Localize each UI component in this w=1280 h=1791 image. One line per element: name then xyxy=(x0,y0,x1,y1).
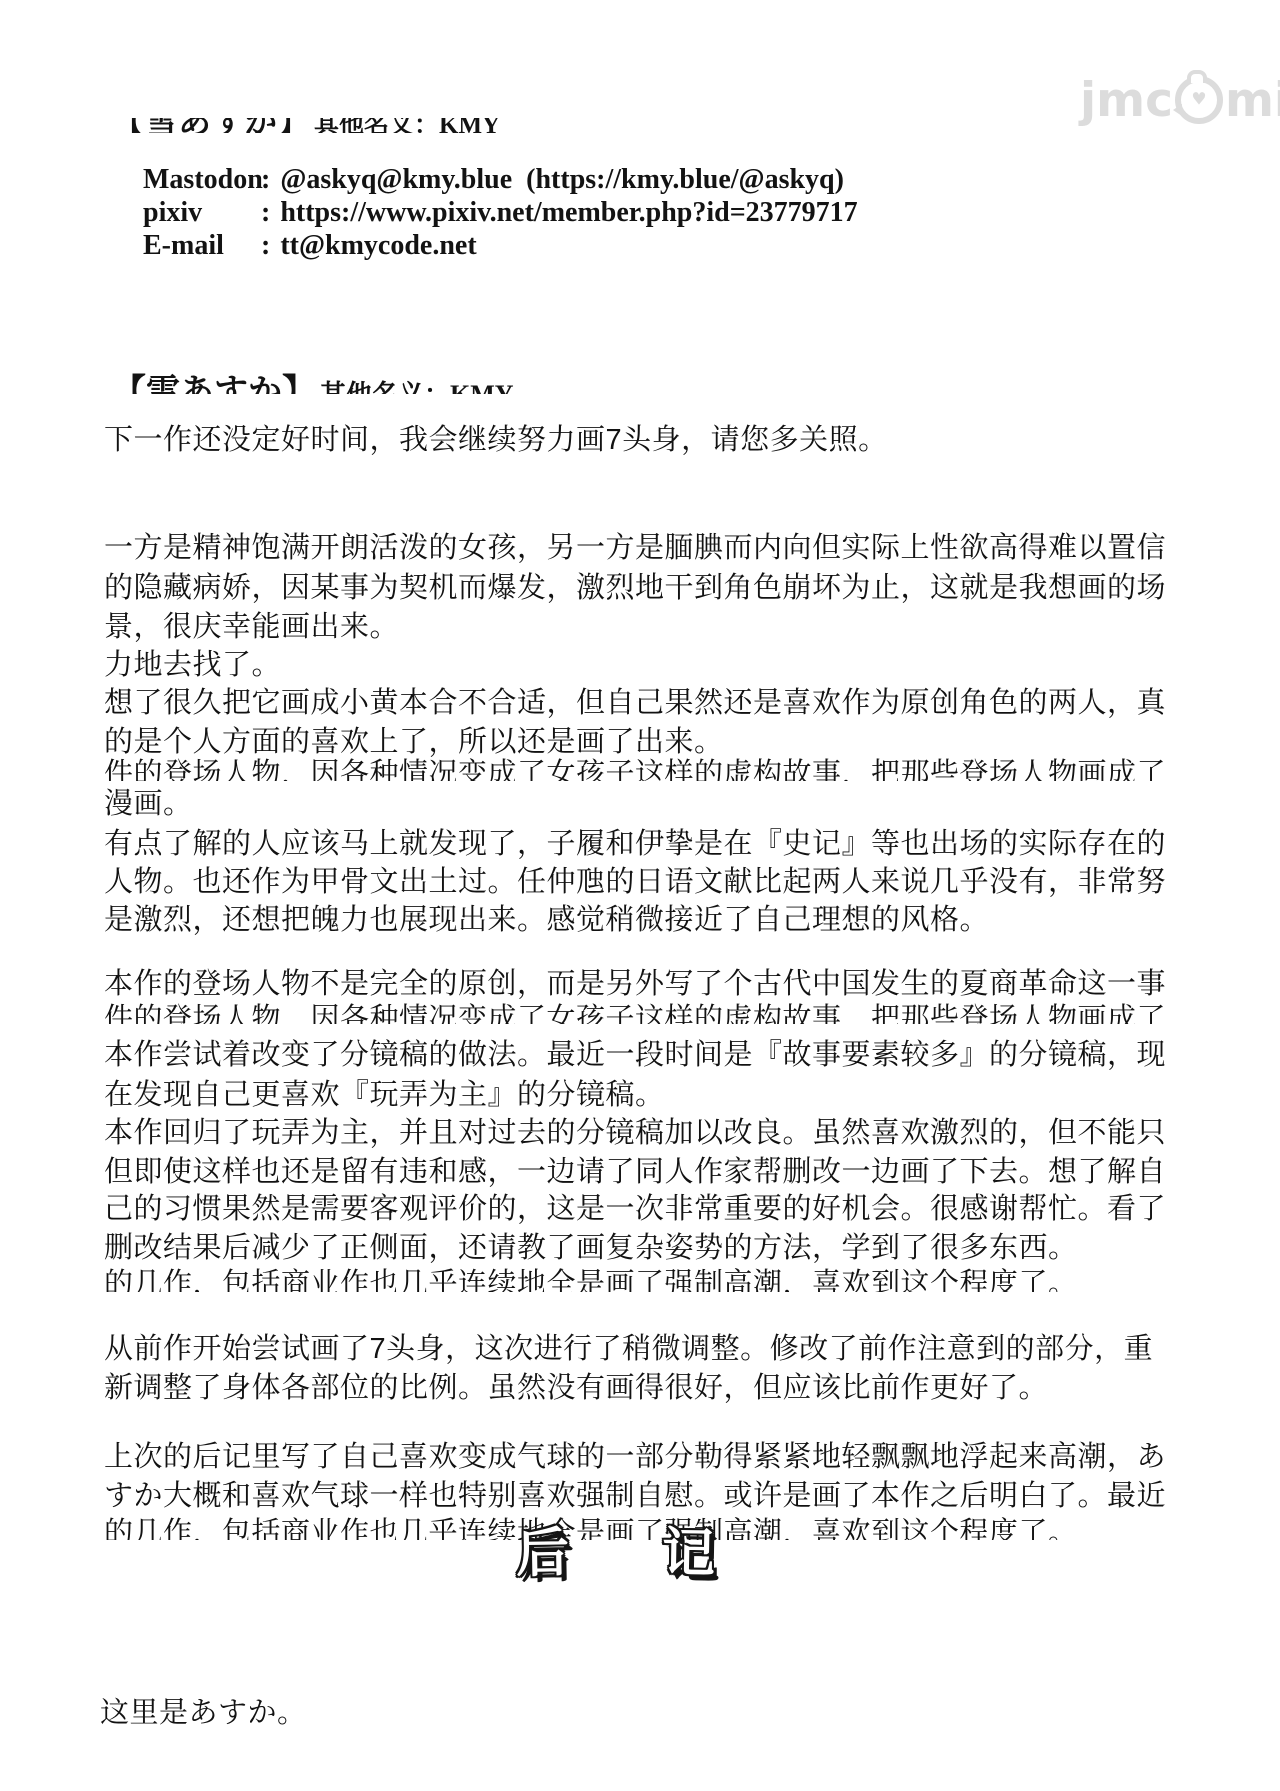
body-text-line: 有点了解的人应该马上就发现了，子履和伊挚是在『史记』等也出场的实际存在的 xyxy=(104,828,1166,861)
author-alias: 其他名义：KMY xyxy=(314,118,500,133)
body-text-line: 本作尝试着改变了分镜稿的做法。最近一段时间是『故事要素较多』的分镜稿，现 xyxy=(104,1039,1166,1072)
closing-line: 这里是あすか。 xyxy=(100,1697,307,1730)
afterword-title: 后记 xyxy=(516,1527,715,1580)
author-alias: 其他名义：KMY xyxy=(320,380,514,394)
body-text-line: すか大概和喜欢气球一样也特别喜欢强制自慰。或许是画了本作之后明白了。最近 xyxy=(104,1480,1166,1513)
author-header-top-clipped: 【雪あすか】其他名义：KMY xyxy=(112,118,500,133)
body-text-line: 上次的后记里写了自己喜欢变成气球的一部分勒得紧紧地轻飘飘地浮起来高潮，あ xyxy=(104,1441,1166,1474)
watermark-text-right: mic xyxy=(1225,77,1280,124)
body-text-line: 删改结果后减少了正侧面，还请教了画复杂姿势的方法，学到了很多东西。 xyxy=(104,1232,1078,1265)
body-text-line: 的隐藏病娇，因某事为契机而爆发，激烈地干到角色崩坏为止，这就是我想画的场 xyxy=(104,572,1166,605)
body-text-line: 的是个人方面的喜欢上了，所以还是画了出来。 xyxy=(104,726,724,759)
body-text-line: 力地去找了。 xyxy=(104,649,281,682)
body-text-line: 想了很久把它画成小黄本合不合适，但自己果然还是喜欢作为原创角色的两人，真 xyxy=(104,687,1166,720)
body-text-line: 一方是精神饱满开朗活泼的女孩，另一方是腼腆而内向但实际上性欲高得难以置信 xyxy=(104,532,1166,565)
body-text-line-clipped: 件的登场人物，因各种情况变成了女孩子这样的虚构故事，把那些登场人物画成了 xyxy=(104,758,1166,781)
body-text-line: 漫画。 xyxy=(104,788,193,821)
body-text-line: 本作的登场人物不是完全的原创，而是另外写了个古代中国发生的夏商革命这一事 xyxy=(104,968,1166,1001)
author-name: 【雪あすか】 xyxy=(112,118,310,133)
afterword-title-char: 记 xyxy=(662,1527,716,1581)
contact-row: E-mail:tt@kmycode.net xyxy=(115,198,477,294)
body-text-line: 但即使这样也还是留有违和感，一边请了同人作家帮删改一边画了下去。想了解自 xyxy=(104,1156,1166,1189)
contact-colon: : xyxy=(261,230,270,262)
body-text-line-clipped: 的几作，包括商业作也几乎连续地全是画了强制高潮，喜欢到这个程度了。 xyxy=(104,1268,1078,1292)
watermark-text-left: jmc xyxy=(1080,77,1173,124)
body-text-line: 人物。也还作为甲骨文出土过。任仲虺的日语文献比起两人来说几乎没有，非常努 xyxy=(104,866,1166,899)
author-header-second-clipped: 【雪あすか】其他名义：KMY xyxy=(112,364,514,394)
body-text-line: 下一作还没定好时间，我会继续努力画7头身，请您多关照。 xyxy=(104,424,888,457)
body-text-line: 本作回归了玩弄为主，并且对过去的分镜稿加以改良。虽然喜欢激烈的，但不能只 xyxy=(104,1117,1166,1150)
body-text-line: 从前作开始尝试画了7头身，这次进行了稍微调整。修改了前作注意到的部分，重 xyxy=(104,1333,1153,1366)
body-text-line: 在发现自己更喜欢『玩弄为主』的分镜稿。 xyxy=(104,1079,665,1112)
author-name: 【雪あすか】 xyxy=(112,374,316,394)
contact-value: tt@kmycode.net xyxy=(280,230,476,261)
body-text-line: 己的习惯果然是需要客观评价的，这是一次非常重要的好机会。很感谢帮忙。看了 xyxy=(104,1193,1166,1226)
jmcomic-watermark: jmc ♥ mic xyxy=(1080,72,1280,128)
page-canvas: jmc ♥ mic 【雪あすか】其他名义：KMY Mastodon:@askyq… xyxy=(0,0,1280,1791)
body-text-line: 景，很庆幸能画出来。 xyxy=(104,611,399,644)
afterword-title-char: 后 xyxy=(516,1527,570,1581)
body-text-line: 新调整了身体各部位的比例。虽然没有画得很好，但应该比前作更好了。 xyxy=(104,1372,1048,1405)
body-text-line-clipped: 件的登场人物，因各种情况变成了女孩子这样的虚构故事，把那些登场人物画成了 xyxy=(104,1003,1166,1024)
bird-mascot-icon: ♥ xyxy=(1175,76,1223,124)
heart-icon: ♥ xyxy=(1191,90,1206,110)
body-text-line: 是激烈，还想把魄力也展现出来。感觉稍微接近了自己理想的风格。 xyxy=(104,904,989,937)
contact-label: E-mail xyxy=(143,230,261,262)
